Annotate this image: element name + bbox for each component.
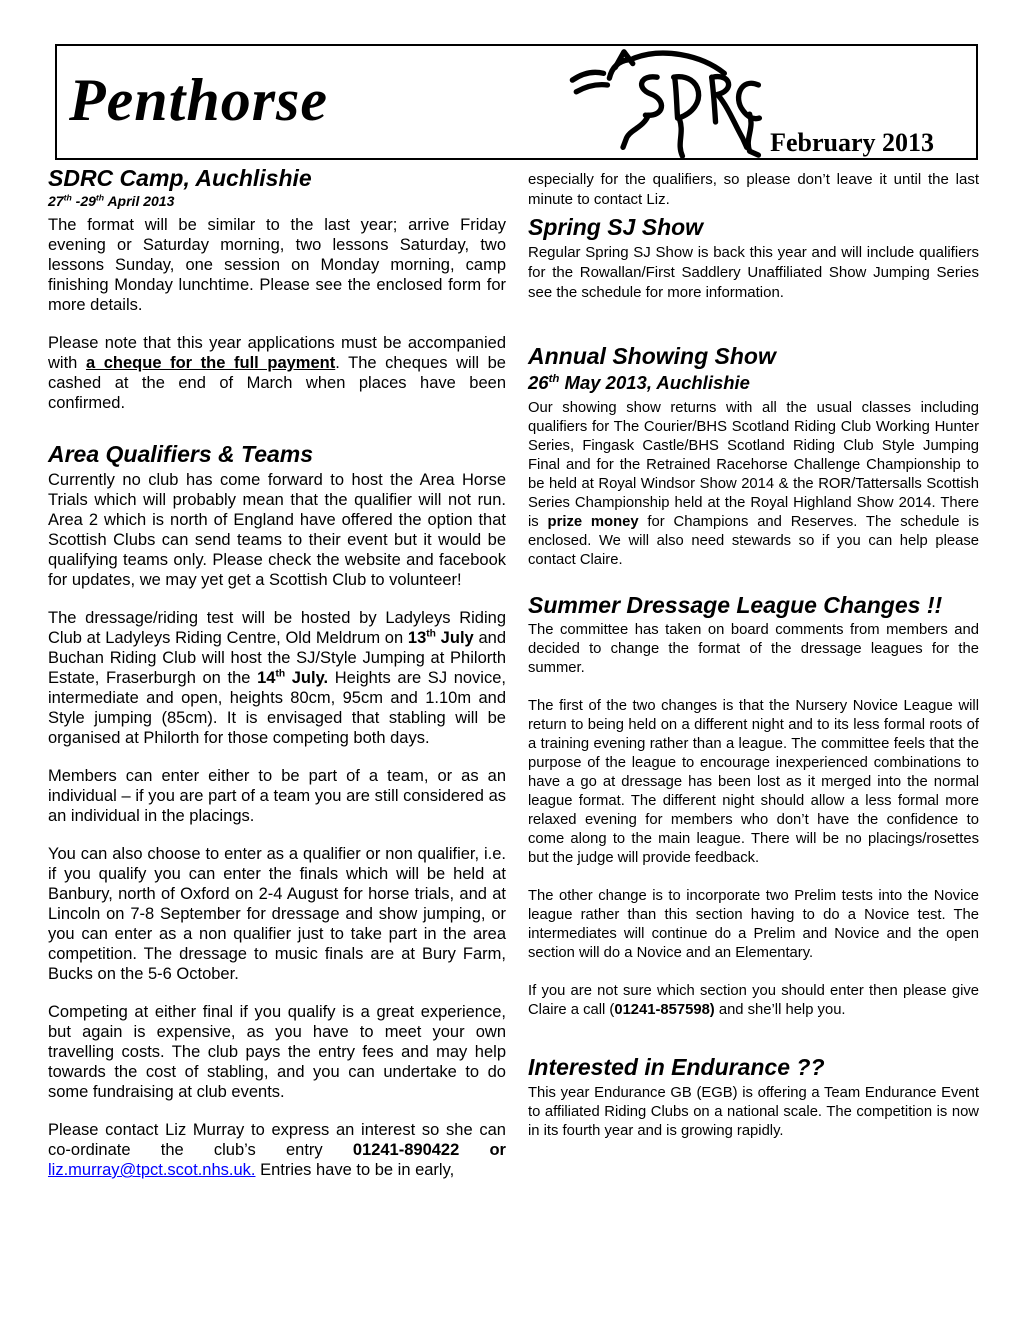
newsletter-title: Penthorse bbox=[69, 70, 328, 130]
area-paragraph-2: The dressage/riding test will be hosted … bbox=[48, 608, 506, 748]
summer-dressage-section: The committee has taken on board comment… bbox=[528, 621, 979, 1020]
date-14-july: 14th July. bbox=[257, 669, 328, 687]
annual-show-date: 26th May 2013, Auchlishie bbox=[528, 371, 979, 395]
endurance-section: This year Endurance GB (EGB) is offering… bbox=[528, 1084, 979, 1141]
camp-heading: SDRC Camp, Auchlishie bbox=[48, 165, 506, 191]
area-paragraph-4: You can also choose to enter as a qualif… bbox=[48, 844, 506, 984]
area-paragraph-6: Please contact Liz Murray to express an … bbox=[48, 1120, 506, 1180]
masthead: Penthorse February 2013 bbox=[55, 44, 978, 160]
area-paragraph-5: Competing at either final if you qualify… bbox=[48, 1002, 506, 1102]
cheque-emphasis: a cheque for the full payment bbox=[86, 354, 335, 372]
camp-paragraph-2: Please note that this year applications … bbox=[48, 333, 506, 413]
camp-date: 27th -29th April 2013 bbox=[48, 192, 506, 210]
phone-number: 01241-890422 or bbox=[353, 1141, 506, 1159]
date-13-july: 13th July bbox=[408, 629, 474, 647]
sdrc-horse-logo bbox=[555, 47, 767, 159]
prize-money-emphasis: prize money bbox=[548, 514, 639, 530]
area-paragraph-1: Currently no club has come forward to ho… bbox=[48, 470, 506, 590]
spring-sj-paragraph: Regular Spring SJ Show is back this year… bbox=[528, 243, 979, 303]
claire-phone-number: 01241-857598) bbox=[614, 1002, 714, 1018]
newsletter-page: Penthorse February 2013 SDRC Camp, Auchl… bbox=[0, 0, 1020, 1320]
area-heading: Area Qualifiers & Teams bbox=[48, 441, 506, 467]
left-column: SDRC Camp, Auchlishie 27th -29th April 2… bbox=[48, 165, 506, 1180]
summer-paragraph-4: If you are not sure which section you sh… bbox=[528, 982, 979, 1020]
issue-date: February 2013 bbox=[770, 129, 934, 158]
summer-dressage-heading: Summer Dressage League Changes !! bbox=[528, 592, 979, 618]
annual-show-section: Our showing show returns with all the us… bbox=[528, 399, 979, 570]
email-link[interactable]: liz.murray@tpct.scot.nhs.uk. bbox=[48, 1161, 255, 1179]
endurance-paragraph: This year Endurance GB (EGB) is offering… bbox=[528, 1084, 979, 1141]
summer-paragraph-2: The first of the two changes is that the… bbox=[528, 697, 979, 868]
annual-show-paragraph: Our showing show returns with all the us… bbox=[528, 399, 979, 570]
endurance-heading: Interested in Endurance ?? bbox=[528, 1054, 979, 1080]
camp-paragraph-1: The format will be similar to the last y… bbox=[48, 215, 506, 315]
summer-paragraph-1: The committee has taken on board comment… bbox=[528, 621, 979, 678]
annual-show-heading: Annual Showing Show bbox=[528, 343, 979, 369]
intro-continuation-paragraph: especially for the qualifiers, so please… bbox=[528, 170, 979, 210]
spring-sj-heading: Spring SJ Show bbox=[528, 214, 979, 240]
area-paragraph-3: Members can enter either to be part of a… bbox=[48, 766, 506, 826]
right-column: especially for the qualifiers, so please… bbox=[528, 170, 979, 1141]
summer-paragraph-3: The other change is to incorporate two P… bbox=[528, 887, 979, 963]
